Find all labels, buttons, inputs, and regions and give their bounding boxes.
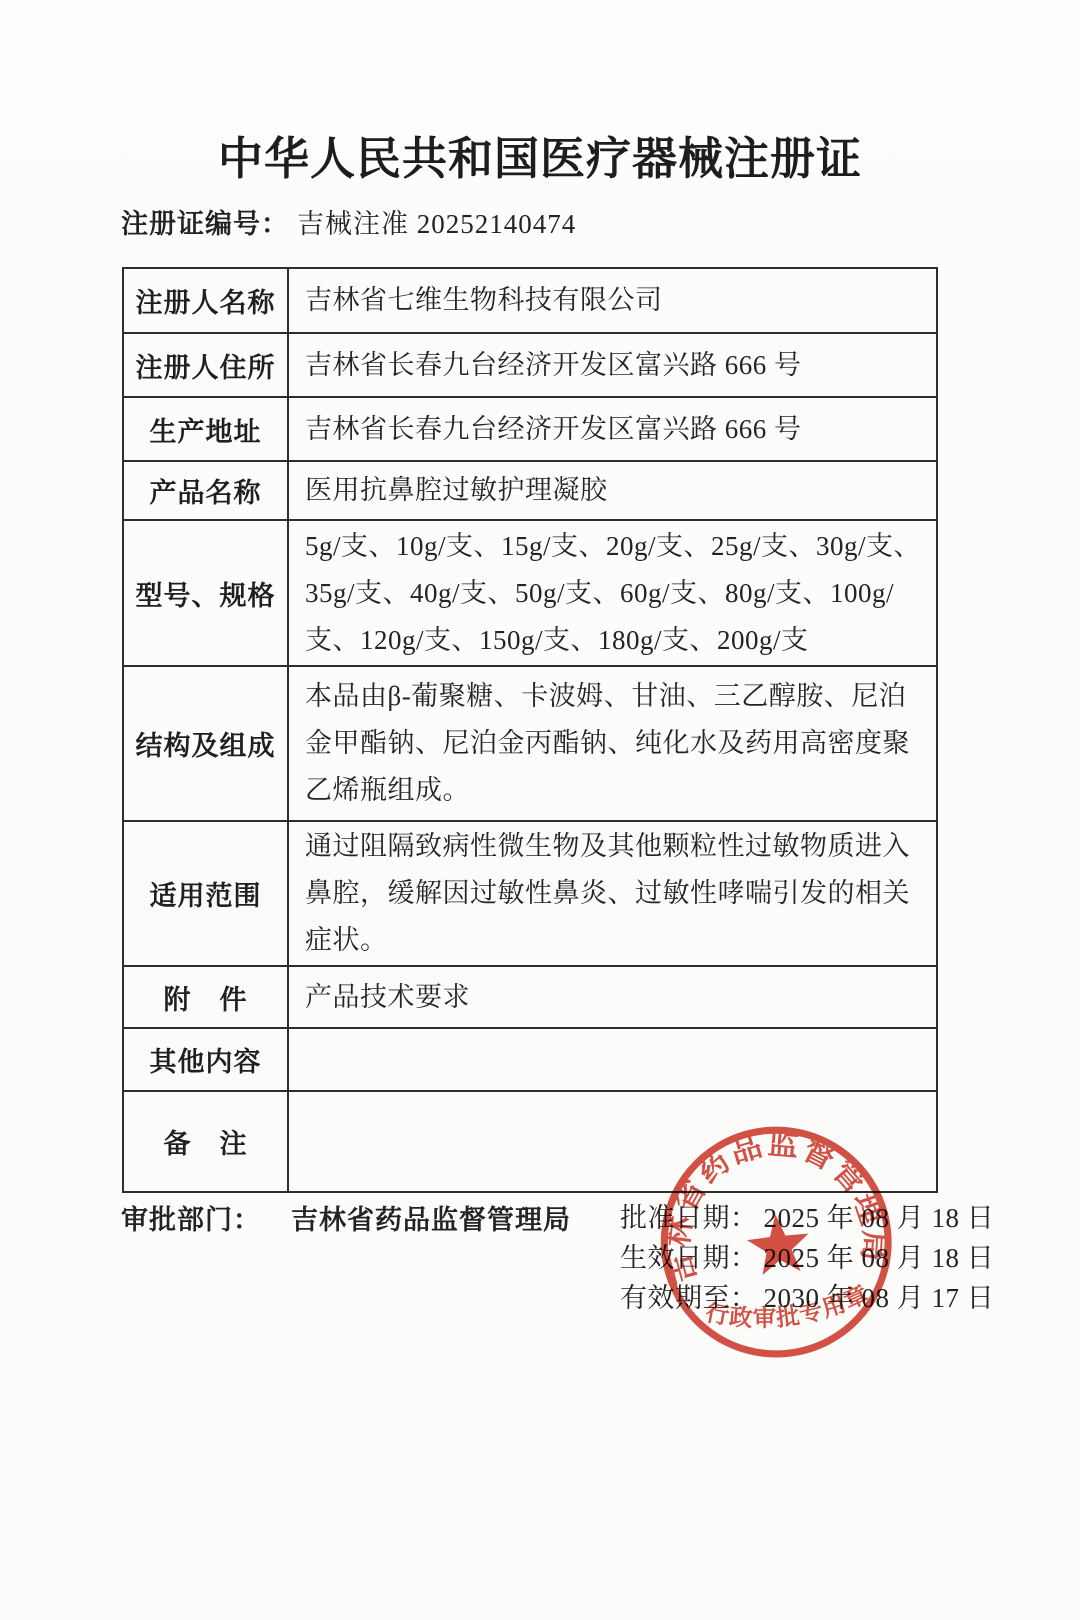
approval-department-value: 吉林省药品监督管理局 [291, 1198, 571, 1237]
row-label-remarks: 备 注 [124, 1092, 289, 1191]
row-value-production-address: 吉林省长春九台经济开发区富兴路 666 号 [289, 398, 936, 460]
row-label-structure-composition: 结构及组成 [124, 667, 289, 820]
table-row: 结构及组成 本品由β-葡聚糖、卡波姆、甘油、三乙醇胺、尼泊金甲酯钠、尼泊金丙酯钠… [124, 665, 936, 820]
row-label-attachment: 附 件 [124, 967, 289, 1027]
row-value-remarks [289, 1092, 936, 1191]
row-value-registrant-address: 吉林省长春九台经济开发区富兴路 666 号 [289, 334, 936, 396]
table-row: 型号、规格 5g/支、10g/支、15g/支、20g/支、25g/支、30g/支… [124, 519, 936, 665]
certificate-table: 注册人名称 吉林省七维生物科技有限公司 注册人住所 吉林省长春九台经济开发区富兴… [122, 267, 938, 1193]
row-value-product-name: 医用抗鼻腔过敏护理凝胶 [289, 462, 936, 519]
table-row: 其他内容 [124, 1027, 936, 1090]
page-title: 中华人民共和国医疗器械注册证 [0, 122, 1080, 187]
row-label-production-address: 生产地址 [124, 398, 289, 460]
row-label-scope-of-application: 适用范围 [124, 822, 289, 965]
table-row: 适用范围 通过阻隔致病性微生物及其他颗粒性过敏物质进入鼻腔，缓解因过敏性鼻炎、过… [124, 820, 936, 965]
row-label-registrant-name: 注册人名称 [124, 269, 289, 332]
effective-date-label: 生效日期： [620, 1236, 758, 1275]
row-value-model-spec: 5g/支、10g/支、15g/支、20g/支、25g/支、30g/支、35g/支… [289, 521, 936, 665]
table-row: 备 注 [124, 1090, 936, 1191]
table-row: 产品名称 医用抗鼻腔过敏护理凝胶 [124, 460, 936, 519]
row-label-model-spec: 型号、规格 [124, 521, 289, 665]
expiry-date-value: 2030 年 08 月 17 日 [764, 1276, 995, 1315]
row-label-other-content: 其他内容 [124, 1029, 289, 1090]
row-value-attachment: 产品技术要求 [289, 967, 936, 1027]
approval-department-label: 审批部门： [121, 1198, 261, 1237]
effective-date-value: 2025 年 08 月 18 日 [764, 1236, 995, 1275]
row-value-other-content [289, 1029, 936, 1090]
registration-number-value: 吉械注准 20252140474 [297, 202, 576, 241]
table-row: 生产地址 吉林省长春九台经济开发区富兴路 666 号 [124, 396, 936, 460]
row-label-product-name: 产品名称 [124, 462, 289, 519]
approval-date-label: 批准日期： [620, 1196, 758, 1235]
table-row: 注册人名称 吉林省七维生物科技有限公司 [124, 269, 936, 332]
approval-department-line: 审批部门： 吉林省药品监督管理局 [121, 1198, 571, 1237]
expiry-date-label: 有效期至： [620, 1276, 758, 1315]
certificate-page: 中华人民共和国医疗器械注册证 注册证编号： 吉械注准 20252140474 注… [0, 0, 1080, 1620]
registration-number-label: 注册证编号： [121, 202, 289, 241]
row-label-registrant-address: 注册人住所 [124, 334, 289, 396]
registration-number-line: 注册证编号： 吉械注准 20252140474 [121, 202, 576, 241]
row-value-structure-composition: 本品由β-葡聚糖、卡波姆、甘油、三乙醇胺、尼泊金甲酯钠、尼泊金丙酯钠、纯化水及药… [289, 667, 936, 820]
approval-date-value: 2025 年 08 月 18 日 [764, 1196, 995, 1235]
row-value-registrant-name: 吉林省七维生物科技有限公司 [289, 269, 936, 332]
table-row: 注册人住所 吉林省长春九台经济开发区富兴路 666 号 [124, 332, 936, 396]
date-block: 批准日期： 2025 年 08 月 18 日 生效日期： 2025 年 08 月… [620, 1196, 994, 1316]
effective-date-line: 生效日期： 2025 年 08 月 18 日 [620, 1236, 994, 1276]
expiry-date-line: 有效期至： 2030 年 08 月 17 日 [620, 1276, 994, 1316]
row-value-scope-of-application: 通过阻隔致病性微生物及其他颗粒性过敏物质进入鼻腔，缓解因过敏性鼻炎、过敏性哮喘引… [289, 822, 936, 965]
table-row: 附 件 产品技术要求 [124, 965, 936, 1027]
approval-date-line: 批准日期： 2025 年 08 月 18 日 [620, 1196, 994, 1236]
